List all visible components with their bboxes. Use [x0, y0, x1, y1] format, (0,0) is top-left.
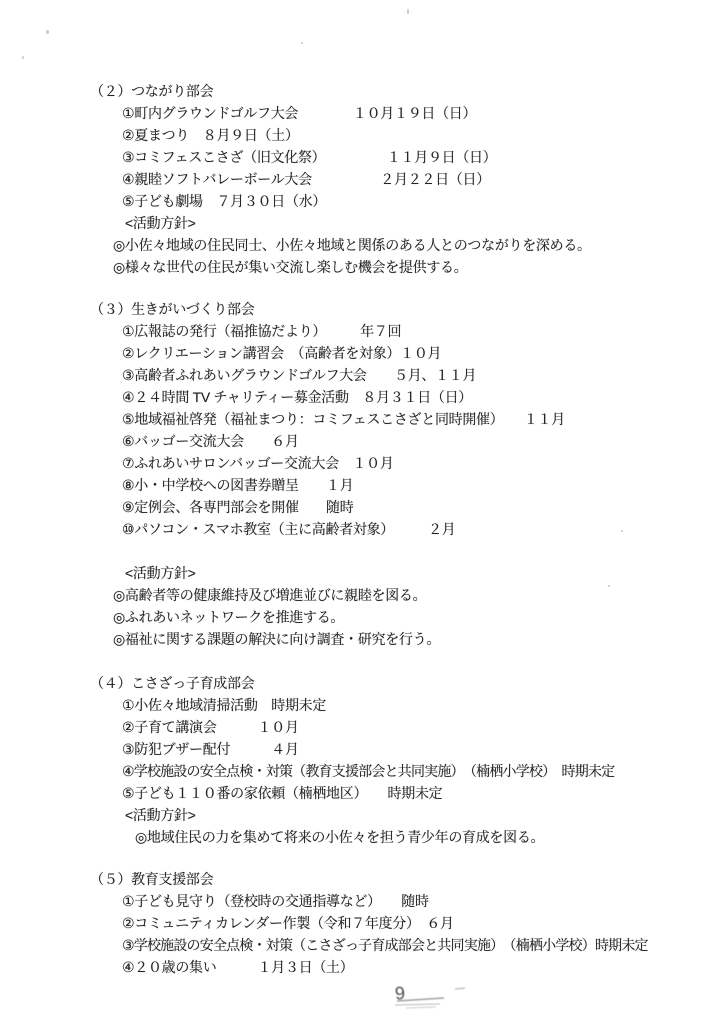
page-number-smudge: 9	[392, 978, 482, 1019]
section-3-policy-3: ◎福祉に関する課題の解決に向け調査・研究を行う。	[90, 628, 724, 650]
scan-speck	[608, 585, 610, 587]
section-3-ikigai-zukuri-bukai: （３）生きがいづくり部会 ①広報誌の発行（福推協だより） 年７回 ②レクリエーシ…	[90, 298, 724, 650]
section-5-item-1: ①子ども見守り（登校時の交通指導など） 随時	[90, 890, 724, 912]
section-3-item-5: ⑤地域福祉啓発（福祉まつり：コミフェスこさざと同時開催） １１月	[90, 408, 724, 430]
section-3-item-1: ①広報誌の発行（福推協だより） 年７回	[90, 320, 724, 342]
section-3-policy-header: <活動方針>	[90, 562, 724, 584]
scan-speck	[22, 56, 24, 59]
section-3-item-8: ⑧小・中学校への図書券贈呈 １月	[90, 474, 724, 496]
section-4-policy-1: ◎地域住民の力を集めて将来の小佐々を担う青少年の育成を図る。	[90, 826, 724, 848]
section-3-item-10: ⑩パソコン・スマホ教室（主に高齢者対象） ２月	[90, 518, 724, 540]
section-4-item-4: ④学校施設の安全点検・対策（教育支援部会と共同実施） （楠栖小学校） 時期未定	[90, 760, 724, 782]
section-3-item-6: ⑥バッゴー交流大会 ６月	[90, 430, 724, 452]
section-2-policy-2: ◎様々な世代の住民が集い交流し楽しむ機会を提供する。	[90, 256, 724, 278]
section-3-item-7: ⑦ふれあいサロンバッゴー交流大会 １０月	[90, 452, 724, 474]
section-2-item-1: ①町内グラウンドゴルフ大会 １０月１９日（日）	[90, 102, 724, 124]
scan-speck	[301, 42, 303, 44]
scan-speck	[407, 9, 409, 14]
scanned-document-page: （２）つながり部会 ①町内グラウンドゴルフ大会 １０月１９日（日） ②夏まつり …	[0, 0, 724, 1024]
section-3-item-4: ④２４時間 TV チャリティー募金活動 ８月３１日（日）	[90, 386, 724, 408]
section-2-item-5: ⑤子ども劇場 ７月３０日（水）	[90, 190, 724, 212]
section-3-policy-2: ◎ふれあいネットワークを推進する。	[90, 606, 724, 628]
section-4-item-3: ③防犯ブザー配付 ４月	[90, 738, 724, 760]
smudge-graphic: 9	[392, 978, 482, 1014]
section-3-policy-1: ◎高齢者等の健康維持及び増進並びに親睦を図る。	[90, 584, 724, 606]
section-4-item-2: ②子育て講演会 １０月	[90, 716, 724, 738]
section-2-heading: （２）つながり部会	[90, 80, 724, 102]
section-5-item-4: ④２０歳の集い １月３日（土）	[90, 956, 724, 978]
section-4-item-5: ⑤子ども１１０番の家依頼（楠栖地区） 時期未定	[90, 782, 724, 804]
section-3-item-3: ③高齢者ふれあいグラウンドゴルフ大会 ５月、１１月	[90, 364, 724, 386]
section-2-item-2: ②夏まつり ８月９日（土）	[90, 124, 724, 146]
section-5-kyoiku-shien-bukai: （５）教育支援部会 ①子ども見守り（登校時の交通指導など） 随時 ②コミュニティ…	[90, 868, 724, 978]
section-3-item-9: ⑨定例会、各専門部会を開催 随時	[90, 496, 724, 518]
section-2-item-4: ④親睦ソフトバレーボール大会 ２月２２日（日）	[90, 168, 724, 190]
section-4-policy-header: <活動方針>	[90, 804, 724, 826]
section-2-policy-header: <活動方針>	[90, 212, 724, 234]
scan-speck	[46, 30, 49, 34]
section-4-kosazakko-ikusei-bukai: （４）こさざっ子育成部会 ①小佐々地域清掃活動 時期未定 ②子育て講演会 １０月…	[90, 672, 724, 848]
section-5-item-3: ③学校施設の安全点検・対策（こさざっ子育成部会と共同実施） （楠栖小学校）時期未…	[90, 934, 724, 956]
section-3-heading: （３）生きがいづくり部会	[90, 298, 724, 320]
section-5-item-2: ②コミュニティカレンダー作製（令和７年度分） ６月	[90, 912, 724, 934]
section-4-heading: （４）こさざっ子育成部会	[90, 672, 724, 694]
section-2-tsunagari-bukai: （２）つながり部会 ①町内グラウンドゴルフ大会 １０月１９日（日） ②夏まつり …	[90, 80, 724, 278]
section-2-item-3: ③コミフェスこさざ（旧文化祭） １１月９日（日）	[90, 146, 724, 168]
section-2-policy-1: ◎小佐々地域の住民同士、小佐々地域と関係のある人とのつながりを深める。	[90, 234, 724, 256]
scan-speck	[621, 530, 623, 532]
section-5-heading: （５）教育支援部会	[90, 868, 724, 890]
section-3-item-2: ②レクリエーション講習会 （高齢者を対象）１０月	[90, 342, 724, 364]
section-4-item-1: ①小佐々地域清掃活動 時期未定	[90, 694, 724, 716]
